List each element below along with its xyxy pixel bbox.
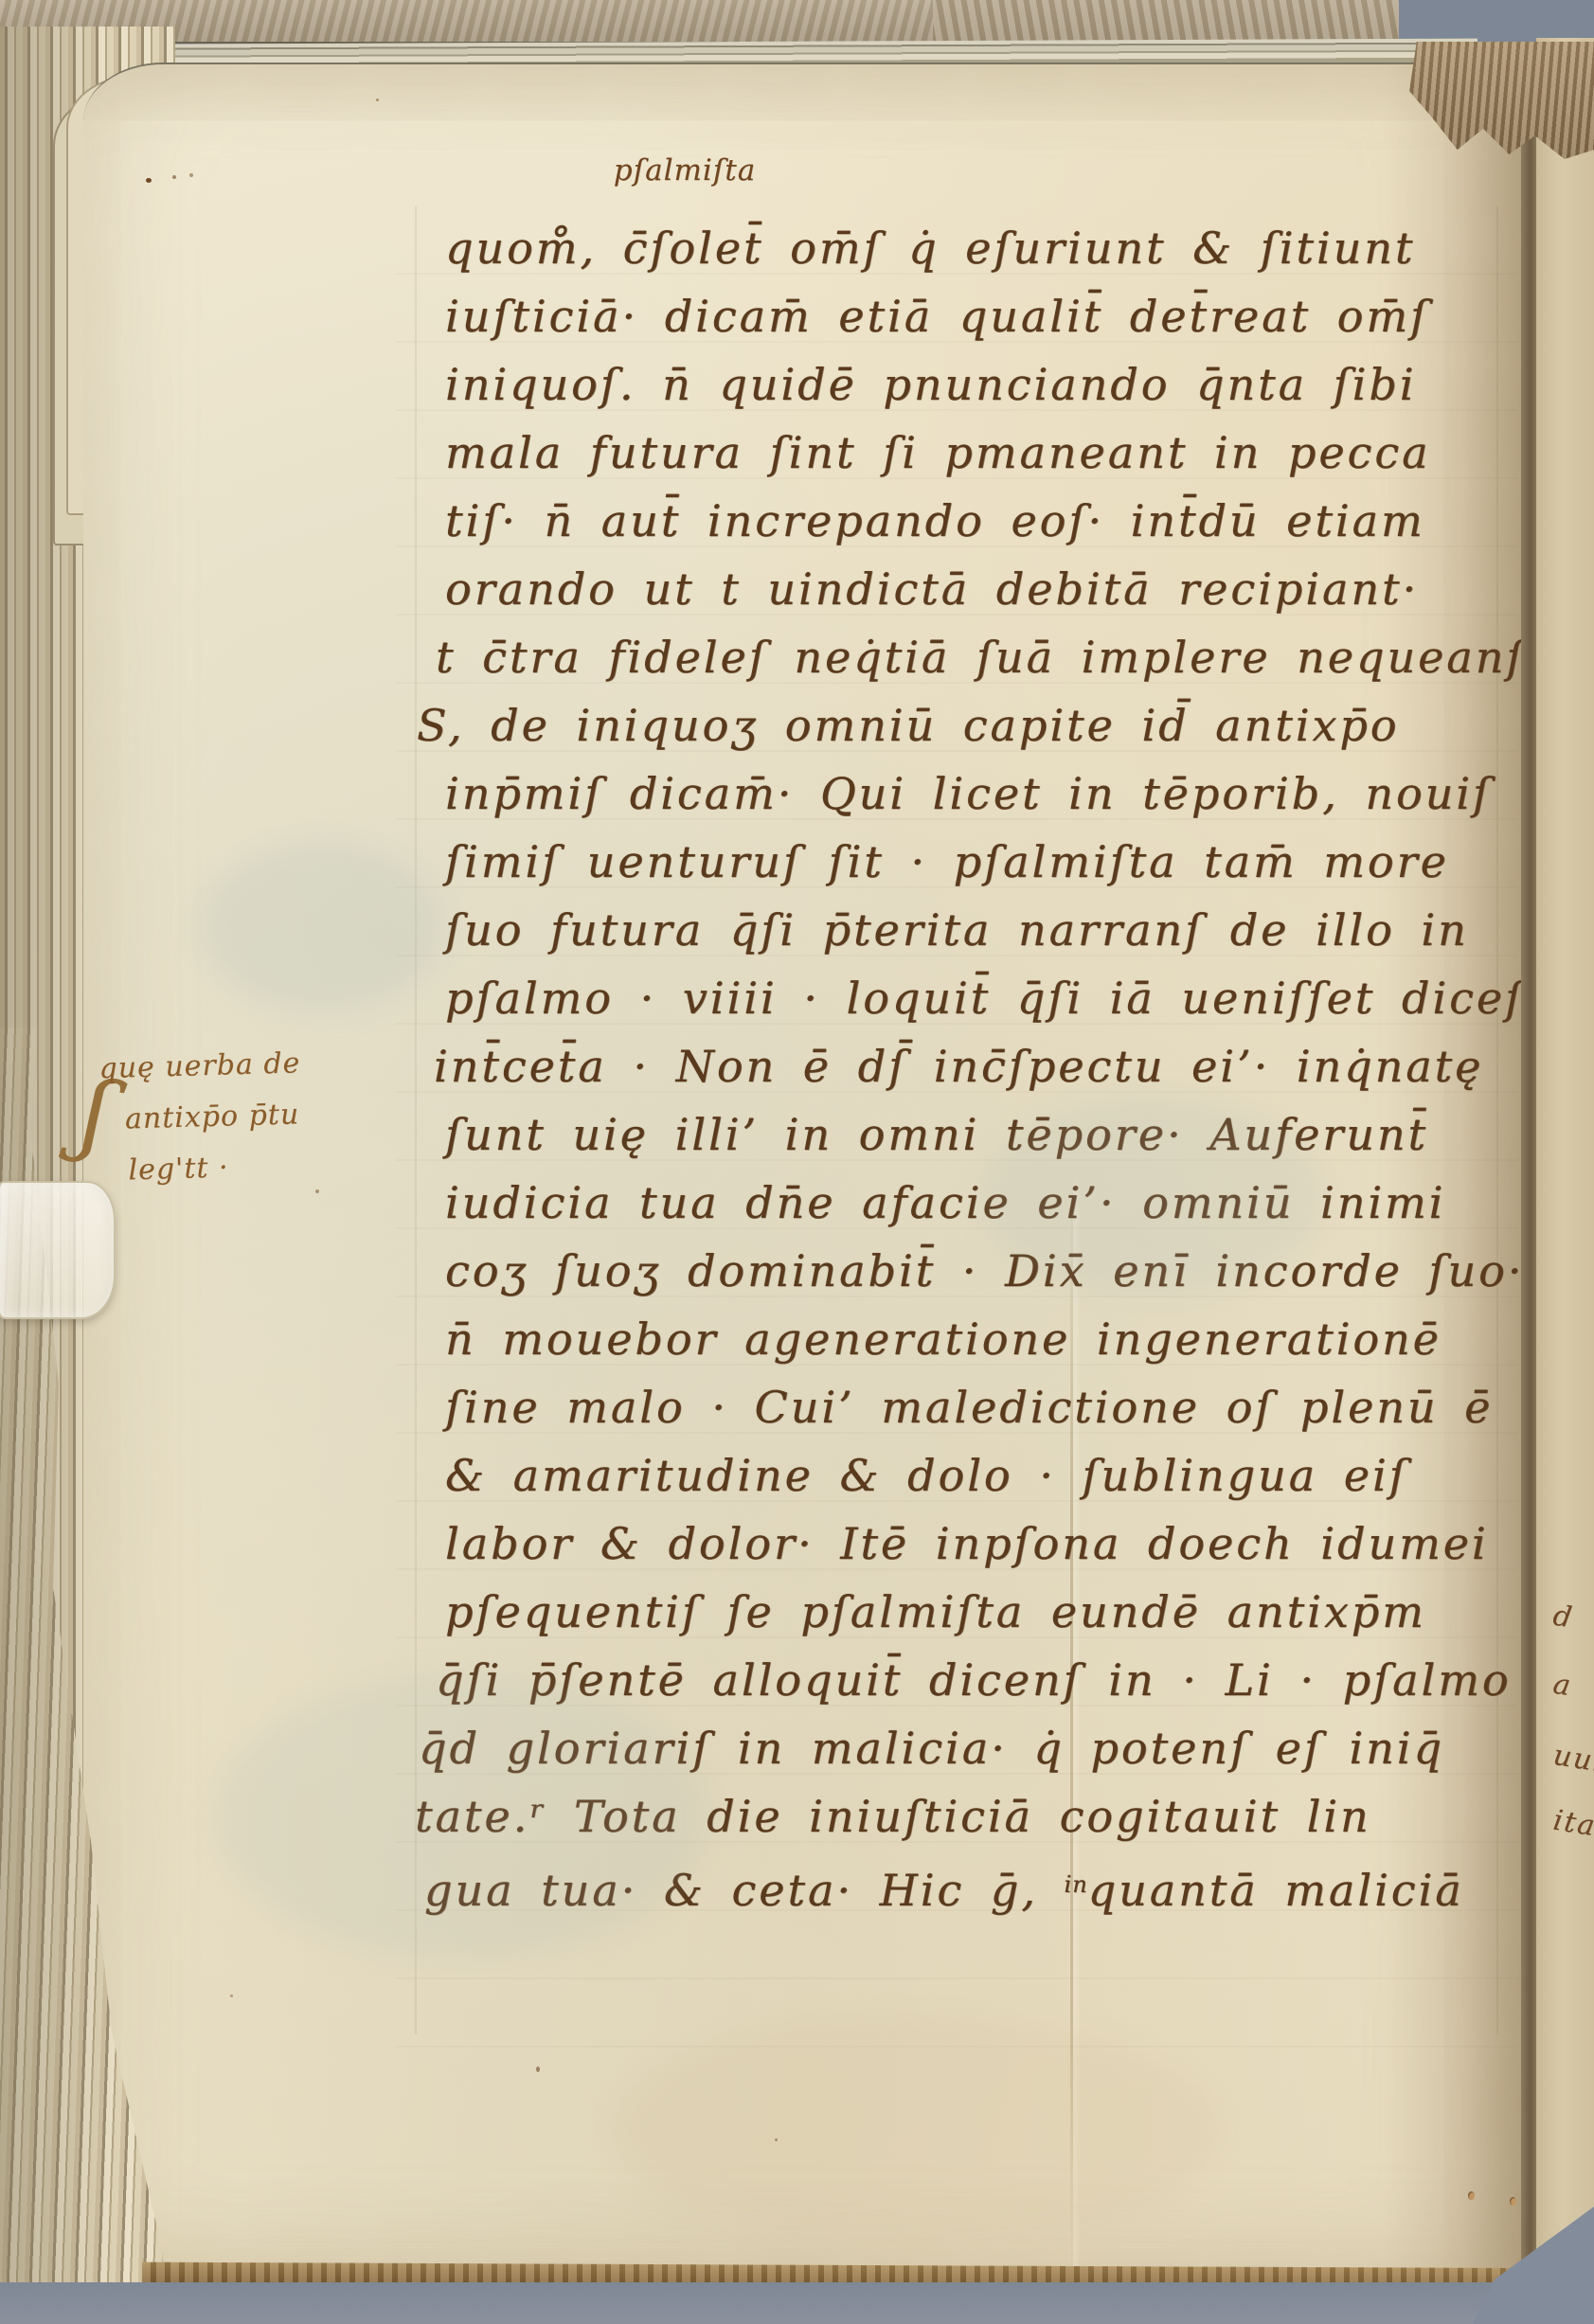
text-line: n̄ mouebor ageneratione ingenerationē bbox=[445, 1305, 1563, 1373]
text-line: iuſticiā· dicam̄ etiā qualit̄ det̄reat o… bbox=[445, 282, 1563, 350]
margin-note-line: quę uerba de bbox=[99, 1036, 384, 1095]
text-block: quom̊, c̄ſolet̄ om̄ſ q̇ eſuriunt & ſitiu… bbox=[445, 214, 1563, 1919]
margin-note-line: antixp̄o p̄tu bbox=[124, 1087, 385, 1146]
gutter-text-fragment: uul bbox=[1551, 1739, 1594, 1779]
gutter-text-fragment: a bbox=[1550, 1668, 1574, 1704]
last-line-after: quantā maliciā bbox=[1088, 1865, 1464, 1916]
margin-note-line: leg'tt · bbox=[128, 1138, 386, 1197]
running-header: pſalmiſta bbox=[562, 153, 808, 188]
show-through-stain bbox=[216, 1674, 708, 1958]
text-line: quom̊, c̄ſolet̄ om̄ſ q̇ eſuriunt & ſitiu… bbox=[445, 214, 1563, 282]
text-line: t c̄tra fideleſ neq̇tiā ſuā implere nequ… bbox=[436, 623, 1563, 691]
pinhole bbox=[1468, 2191, 1475, 2200]
ink-speck bbox=[189, 173, 193, 177]
text-line: int̄cet̄a · Non ē dſ̄ inc̄ſpectu ei’· in… bbox=[434, 1032, 1563, 1100]
text-line: coʒ ſuoʒ dominabit̄ · Dix̄ enī incorde ſ… bbox=[445, 1237, 1563, 1305]
manuscript-page: pſalmiſta quom̊, c̄ſolet̄ om̄ſ q̇ eſuriu… bbox=[83, 63, 1527, 2284]
text-line: mala futura ſint ſi pmaneant in pecca bbox=[445, 419, 1563, 487]
text-line: tiſ· n̄ aut̄ increpando eoſ· int̄dū etia… bbox=[445, 487, 1563, 555]
ink-speck bbox=[230, 1994, 233, 1997]
pinhole bbox=[1510, 2197, 1516, 2206]
text-line: pſalmo · viiii · loquit̄ q̄ſi iā ueniſſe… bbox=[445, 964, 1563, 1032]
text-line: ſuo futura q̄ſi p̄terita narranſ de illo… bbox=[445, 896, 1563, 964]
last-line-superscript: in bbox=[1065, 1871, 1088, 1898]
gutter-text-fragment: ita bbox=[1551, 1804, 1594, 1844]
ink-speck bbox=[376, 98, 379, 101]
ink-speck bbox=[775, 2138, 778, 2141]
text-line: ſimiſ uenturuſ ſit · pſalmiſta tam̄ more bbox=[445, 828, 1563, 896]
text-line: labor & dolor· Itē inpſona doech idumei bbox=[445, 1510, 1563, 1578]
ink-speck bbox=[146, 178, 152, 183]
parchment-stain bbox=[614, 2015, 1220, 2243]
ink-speck bbox=[172, 175, 176, 179]
ink-speck bbox=[536, 2066, 540, 2072]
text-line: inp̄miſ dicam̄· Qui licet in tēporib, no… bbox=[445, 760, 1563, 828]
manuscript-photo: pſalmiſta quom̊, c̄ſolet̄ om̄ſ q̇ eſuriu… bbox=[0, 0, 1594, 2324]
text-line: & amaritudine & dolo · ſublingua eiſ bbox=[445, 1441, 1563, 1510]
vellum-index-tab bbox=[0, 1181, 116, 1319]
show-through-stain bbox=[983, 1097, 1324, 1296]
text-line: iniquoſ. n̄ quidē pnunciando q̄nta ſibi bbox=[445, 350, 1563, 419]
text-line: pſequentiſ ſe pſalmiſta eundē antixp̄m bbox=[445, 1578, 1563, 1646]
margin-note: quę uerba de antixp̄o p̄tu leg'tt · bbox=[99, 1036, 386, 1197]
text-line: orando ut t uindictā debitā recipiant· bbox=[445, 555, 1563, 623]
ink-speck bbox=[315, 1189, 319, 1193]
show-through-stain bbox=[197, 841, 443, 1011]
next-page-sliver: d a uul ita bbox=[1536, 38, 1594, 2250]
text-line: ſine malo · Cui’ maledictione oſ plenū ē bbox=[445, 1373, 1563, 1441]
text-line: S, de iniquoʒ omniū capite id̄ antixp̄o bbox=[417, 691, 1563, 760]
gutter-text-fragment: d bbox=[1550, 1600, 1575, 1636]
background-bottom bbox=[0, 2282, 1594, 2324]
